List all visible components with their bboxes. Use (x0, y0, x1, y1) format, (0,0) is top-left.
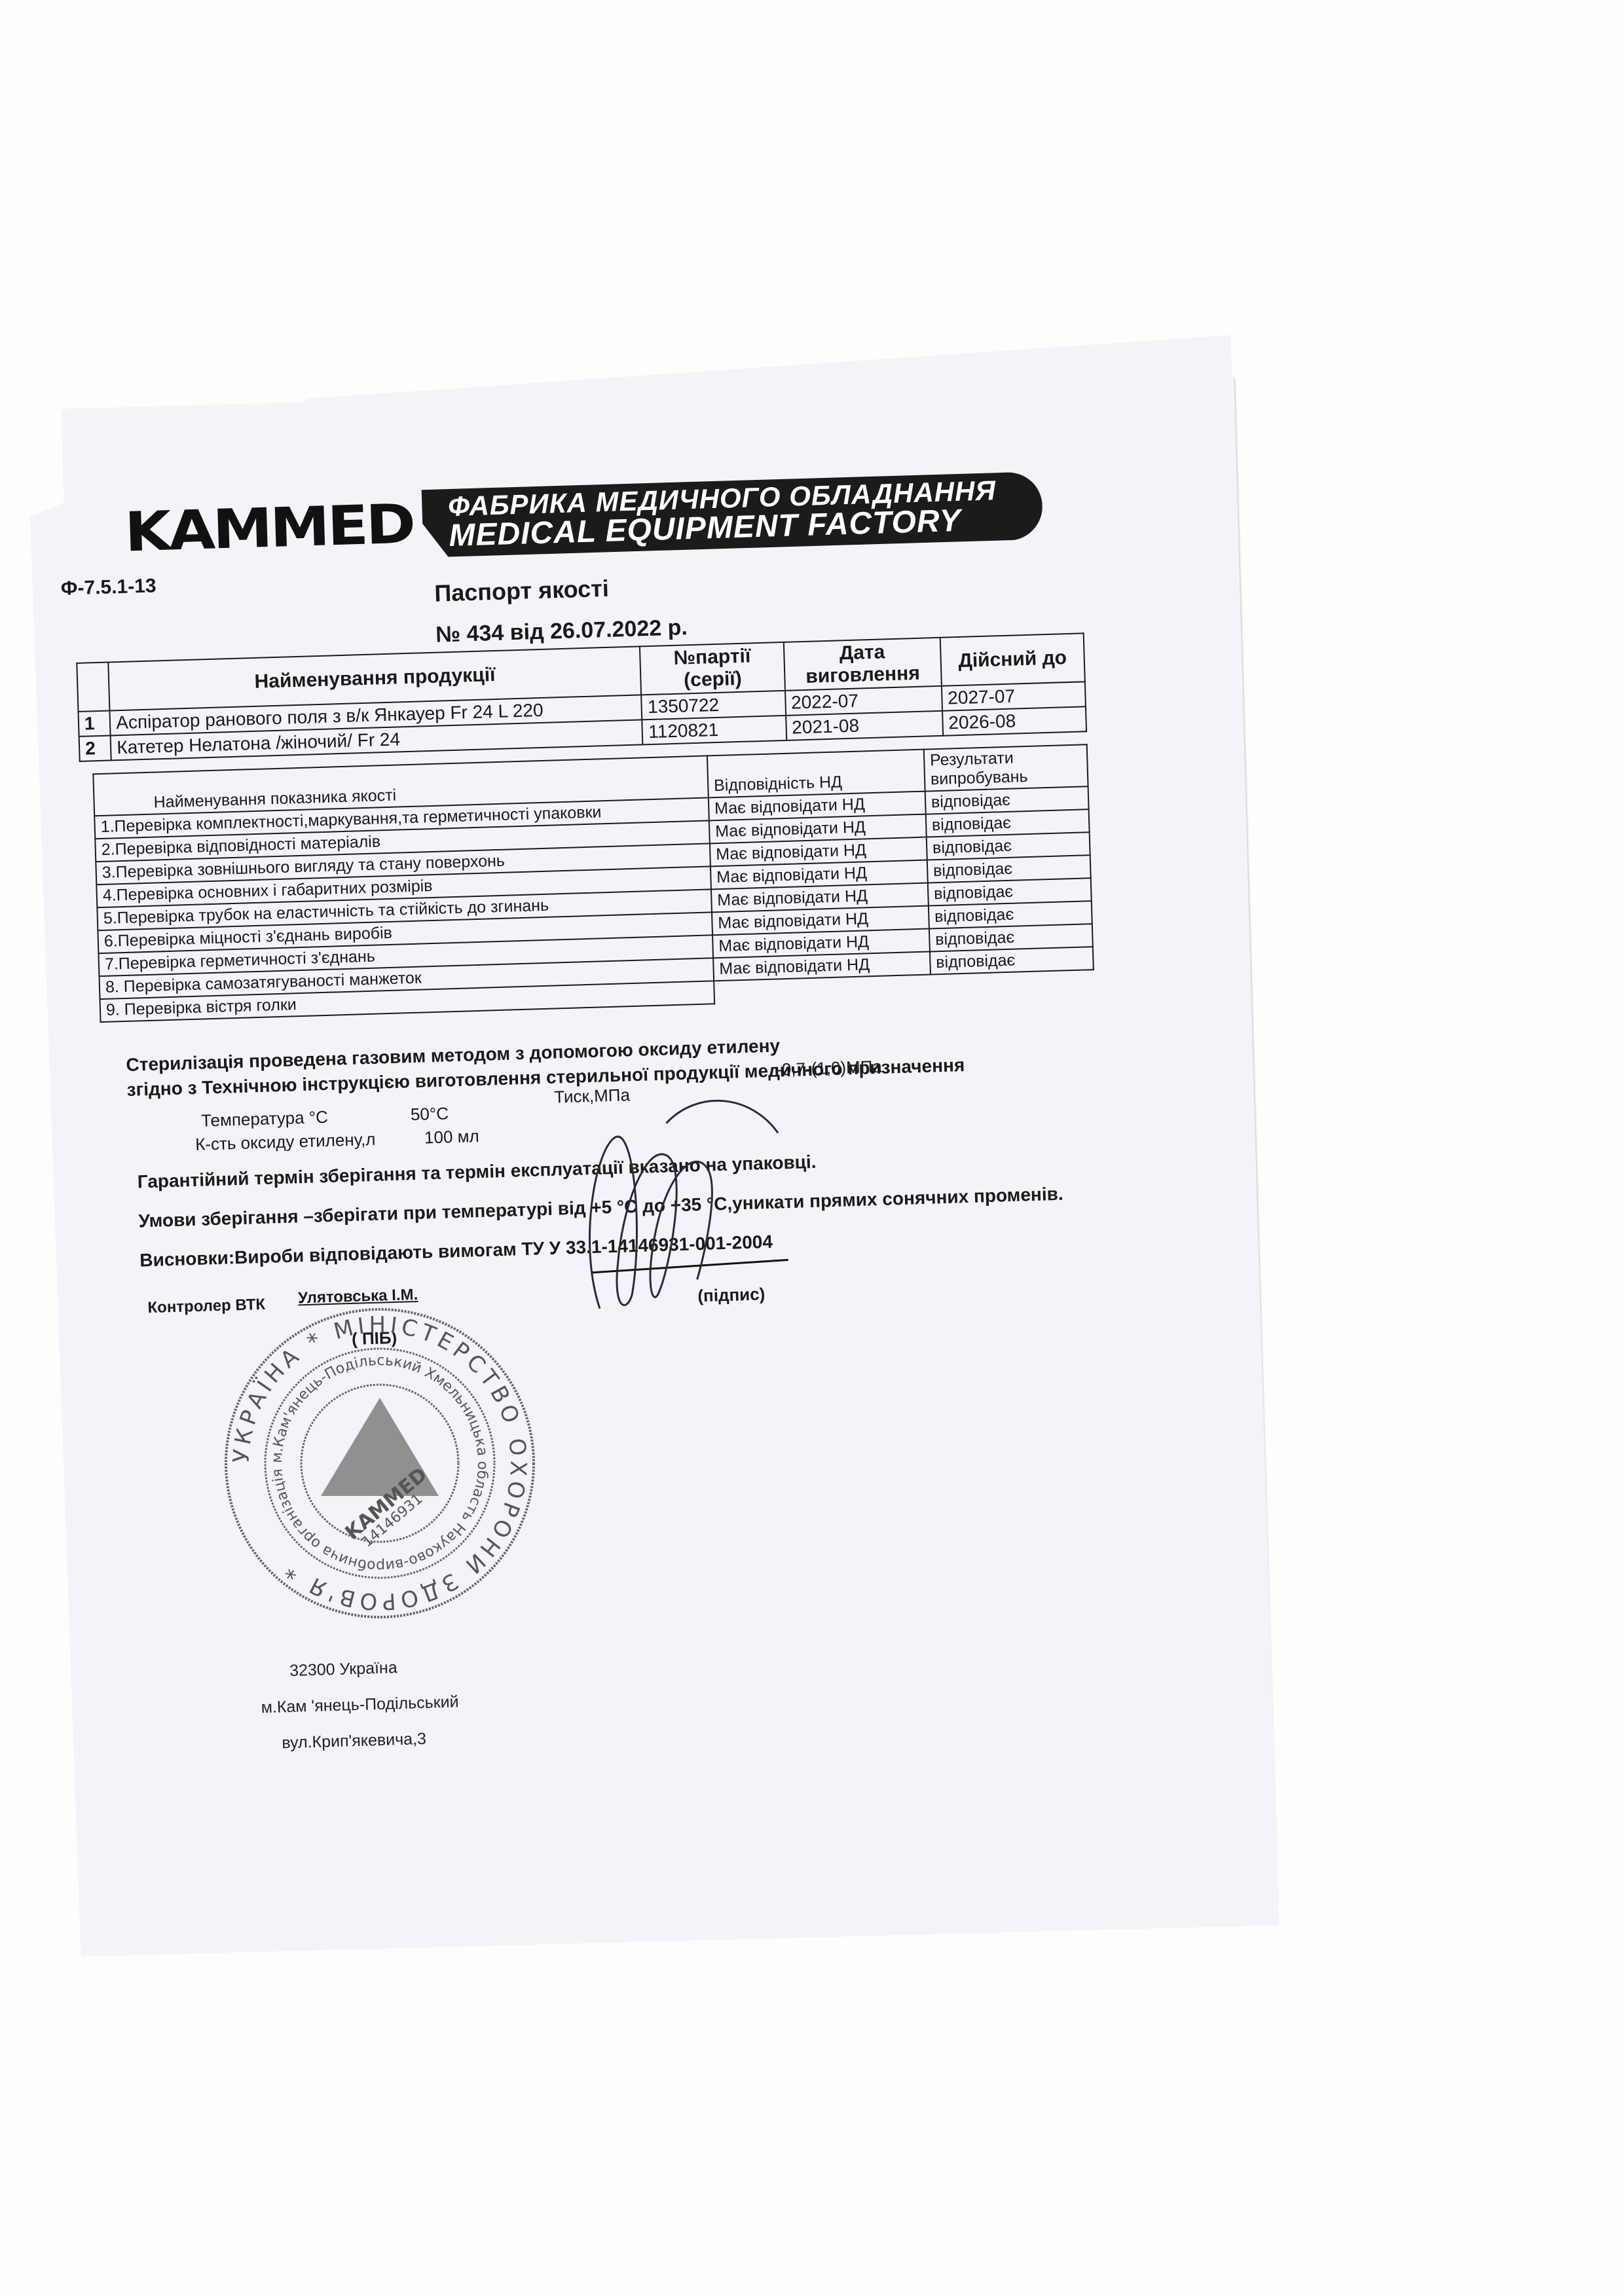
form-code: Ф-7.5.1-13 (60, 575, 157, 600)
temperature-label: Температура °С (201, 1107, 329, 1131)
col-valid-until: Дійсний до (940, 633, 1085, 685)
col-batch: №партії (серії) (640, 642, 784, 695)
official-stamp: УКРАЇНА * МІНІСТЕРСТВО ОХОРОНИ ЗДОРОВ'Я … (216, 1300, 544, 1627)
row-num: 1 (78, 710, 110, 736)
test-result (931, 970, 1094, 997)
pressure-value: -0,7-(1,0)МПа (776, 1057, 883, 1080)
col-result: Результати випробувань (924, 744, 1088, 791)
temperature-value: 50°С (411, 1103, 449, 1125)
document-title: Паспорт якості (434, 575, 610, 608)
batch-number: 1120821 (642, 716, 786, 744)
batch-number: 1350722 (642, 691, 786, 720)
logo-band: ФАБРИКА МЕДИЧНОГО ОБЛАДНАННЯ MEDICAL EQU… (421, 471, 1043, 558)
valid-until: 2026-08 (942, 706, 1086, 735)
valid-until: 2027-07 (942, 682, 1086, 710)
address-line3: вул.Крип'якевича,3 (282, 1730, 426, 1753)
handwritten-signature (567, 1093, 809, 1322)
quality-table: Найменування показника якості Відповідні… (92, 744, 1095, 1023)
col-requirement: Відповідність НД (707, 750, 925, 798)
manufacture-date: 2021-08 (786, 711, 943, 740)
logo-wordmark: KAMMED (124, 492, 414, 564)
row-num: 2 (79, 735, 111, 761)
address-line2: м.Кам 'янець-Подільський (261, 1692, 459, 1717)
company-logo: KAMMED ФАБРИКА МЕДИЧНОГО ОБЛАДНАННЯ MEDI… (124, 470, 1043, 568)
document-number: № 434 від 26.07.2022 р. (435, 615, 688, 647)
ethylene-value: 100 мл (424, 1126, 480, 1148)
address-line1: 32300 Україна (289, 1658, 397, 1681)
ethylene-label: К-сть оксиду етилену,л (195, 1129, 376, 1155)
col-num (77, 663, 109, 712)
document-content: KAMMED ФАБРИКА МЕДИЧНОГО ОБЛАДНАННЯ MEDI… (0, 0, 1624, 2296)
products-table: Найменування продукції №партії (серії) Д… (76, 632, 1087, 762)
col-manufactured: Дата виговлення (783, 638, 941, 691)
